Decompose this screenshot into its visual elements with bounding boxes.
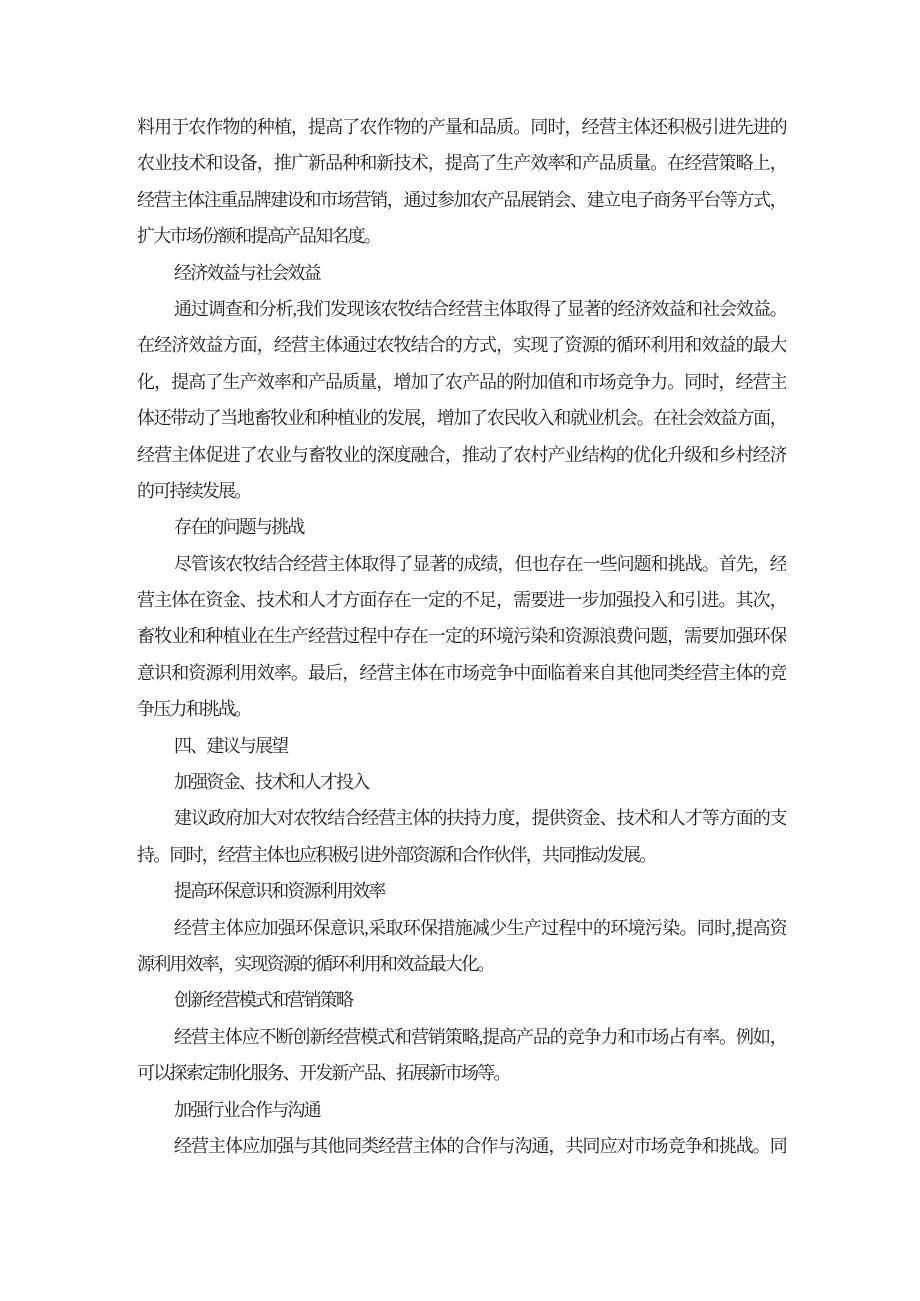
heading-line: 存在的问题与挑战 [137,509,786,545]
heading-line: 加强行业合作与沟通 [137,1092,786,1128]
text-line: 的可持续发展。 [137,473,786,509]
text-line: 建议政府加大对农牧结合经营主体的扶持力度，提供资金、技术和人才等方面的支 [137,800,786,836]
heading-line: 提高环保意识和资源利用效率 [137,873,786,909]
text-line: 农业技术和设备，推广新品种和新技术，提高了生产效率和产品质量。在经营策略上， [137,145,786,181]
text-line: 经营主体应加强与其他同类经营主体的合作与沟通，共同应对市场竞争和挑战。同 [137,1128,786,1164]
text-line: 扩大市场份额和提高产品知名度。 [137,218,786,254]
text-line: 源利用效率，实现资源的循环利用和效益最大化。 [137,946,786,982]
heading-line: 加强资金、技术和人才投入 [137,764,786,800]
text-line: 畜牧业和种植业在生产经营过程中存在一定的环境污染和资源浪费问题，需要加强环保 [137,618,786,654]
heading-line: 创新经营模式和营销策略 [137,982,786,1018]
text-line: 经营主体应不断创新经营模式和营销策略,提高产品的竞争力和市场占有率。例如， [137,1019,786,1055]
text-line: 经营主体应加强环保意识,采取环保措施减少生产过程中的环境污染。同时,提高资 [137,910,786,946]
text-line: 通过调查和分析,我们发现该农牧结合经营主体取得了显著的经济效益和社会效益。 [137,291,786,327]
document-text-block: 料用于农作物的种植，提高了农作物的产量和品质。同时，经营主体还积极引进先进的农业… [137,109,786,1164]
text-line: 体还带动了当地畜牧业和种植业的发展，增加了农民收入和就业机会。在社会效益方面， [137,400,786,436]
text-line: 争压力和挑战。 [137,691,786,727]
text-line: 营主体在资金、技术和人才方面存在一定的不足，需要进一步加强投入和引进。其次， [137,582,786,618]
text-line: 在经济效益方面，经营主体通过农牧结合的方式，实现了资源的循环利用和效益的最大 [137,327,786,363]
text-line: 持。同时，经营主体也应积极引进外部资源和合作伙伴，共同推动发展。 [137,837,786,873]
text-line: 化，提高了生产效率和产品质量，增加了农产品的附加值和市场竞争力。同时，经营主 [137,364,786,400]
text-line: 可以探索定制化服务、开发新产品、拓展新市场等。 [137,1055,786,1091]
heading-line: 经济效益与社会效益 [137,255,786,291]
text-line: 意识和资源利用效率。最后，经营主体在市场竞争中面临着来自其他同类经营主体的竞 [137,655,786,691]
document-page: 料用于农作物的种植，提高了农作物的产量和品质。同时，经营主体还积极引进先进的农业… [0,0,920,1301]
text-line: 料用于农作物的种植，提高了农作物的产量和品质。同时，经营主体还积极引进先进的 [137,109,786,145]
text-line: 经营主体促进了农业与畜牧业的深度融合，推动了农村产业结构的优化升级和乡村经济 [137,437,786,473]
heading-line: 四、建议与展望 [137,728,786,764]
text-line: 尽管该农牧结合经营主体取得了显著的成绩，但也存在一些问题和挑战。首先，经 [137,546,786,582]
text-line: 经营主体注重品牌建设和市场营销，通过参加农产品展销会、建立电子商务平台等方式， [137,182,786,218]
